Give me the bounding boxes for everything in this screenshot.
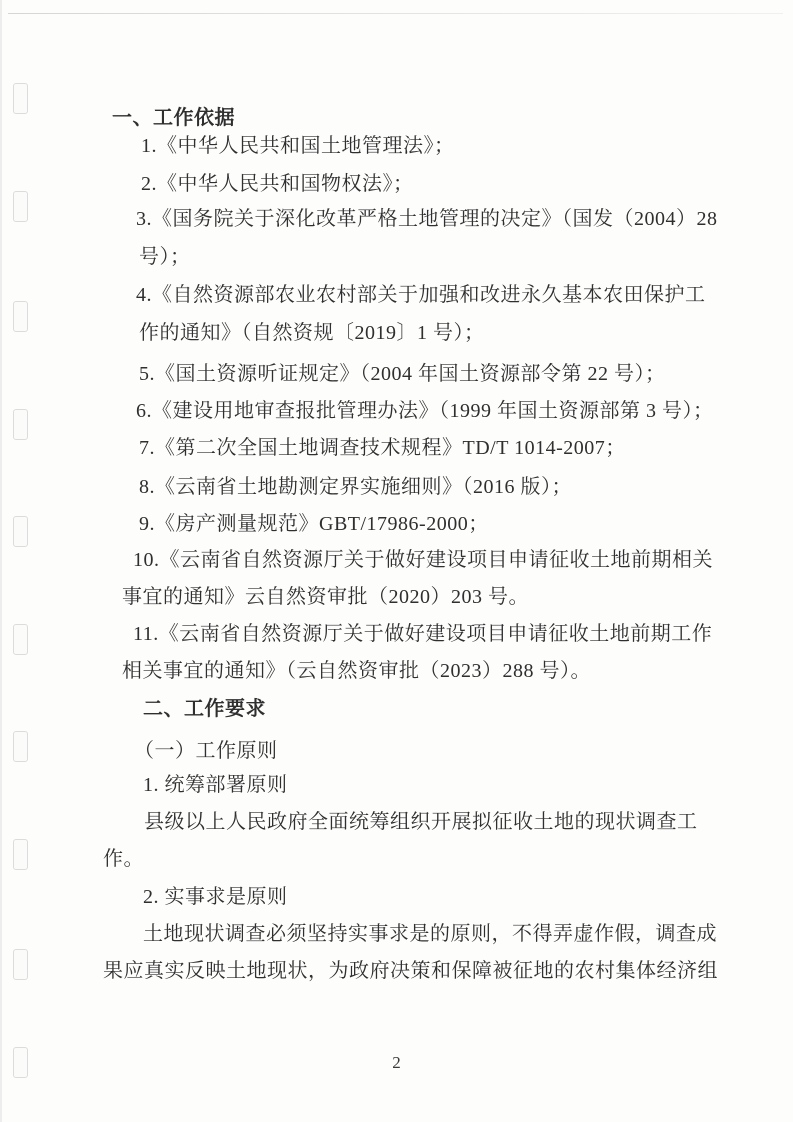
- principle-2-text-wrap: 果应真实反映土地现状，为政府决策和保障被征地的农村集体经济组: [103, 961, 718, 981]
- legal-reference-item-11: 11.《云南省自然资源厅关于做好建设项目申请征收土地前期工作: [133, 624, 712, 644]
- legal-reference-item-10: 10.《云南省自然资源厅关于做好建设项目申请征收土地前期相关: [133, 550, 713, 570]
- heading-work-requirements: 二、工作要求: [143, 699, 266, 719]
- legal-reference-item-3-wrap: 号）；: [139, 247, 191, 267]
- scan-artifact-edge: [0, 0, 2, 1122]
- legal-reference-item-7: 7.《第二次全国土地调查技术规程》TD/T 1014-2007；: [139, 438, 626, 458]
- legal-reference-item-9: 9.《房产测量规范》GBT/17986-2000；: [139, 514, 489, 534]
- binding-mark: [13, 516, 28, 547]
- legal-reference-item-11-wrap: 相关事宜的通知》（云自然资审批（2023）288 号）。: [122, 661, 591, 681]
- principle-1-text: 县级以上人民政府全面统筹组织开展拟征收土地的现状调查工: [144, 812, 698, 832]
- principle-2-text: 土地现状调查必须坚持实事求是的原则，不得弄虚作假，调查成: [143, 924, 717, 944]
- legal-reference-item-4-wrap: 作的通知》（自然资规〔2019〕1 号）；: [139, 323, 485, 343]
- binding-mark: [13, 83, 28, 114]
- document-page: 一、工作依据 1.《中华人民共和国土地管理法》； 2.《中华人民共和国物权法》；…: [0, 0, 793, 1122]
- legal-reference-item-4: 4.《自然资源部农业农村部关于加强和改进永久基本农田保护工: [136, 285, 706, 305]
- heading-work-basis: 一、工作依据: [112, 108, 235, 128]
- principle-1-title: 1. 统筹部署原则: [143, 775, 288, 795]
- binding-mark: [13, 409, 28, 440]
- legal-reference-item-10-wrap: 事宜的通知》云自然资审批（2020）203 号。: [122, 587, 529, 607]
- principle-1-text-wrap: 作。: [103, 849, 144, 869]
- page-number: 2: [0, 1053, 793, 1073]
- legal-reference-item-2: 2.《中华人民共和国物权法》；: [141, 174, 414, 194]
- binding-mark: [13, 731, 28, 762]
- scan-artifact-line: [8, 13, 783, 14]
- subheading-work-principles: （一）工作原则: [134, 741, 278, 761]
- binding-mark: [13, 839, 28, 870]
- legal-reference-item-8: 8.《云南省土地勘测定界实施细则》（2016 版）；: [139, 477, 572, 497]
- legal-reference-item-3: 3.《国务院关于深化改革严格土地管理的决定》（国发（2004）28: [136, 209, 718, 229]
- legal-reference-item-6: 6.《建设用地审查报批管理办法》（1999 年国土资源部第 3 号）；: [136, 401, 714, 421]
- legal-reference-item-5: 5.《国土资源听证规定》（2004 年国土资源部令第 22 号）；: [139, 364, 666, 384]
- principle-2-title: 2. 实事求是原则: [143, 887, 288, 907]
- binding-mark: [13, 949, 28, 980]
- binding-mark: [13, 191, 28, 222]
- binding-mark: [13, 301, 28, 332]
- binding-mark: [13, 624, 28, 655]
- legal-reference-item-1: 1.《中华人民共和国土地管理法》；: [141, 136, 455, 156]
